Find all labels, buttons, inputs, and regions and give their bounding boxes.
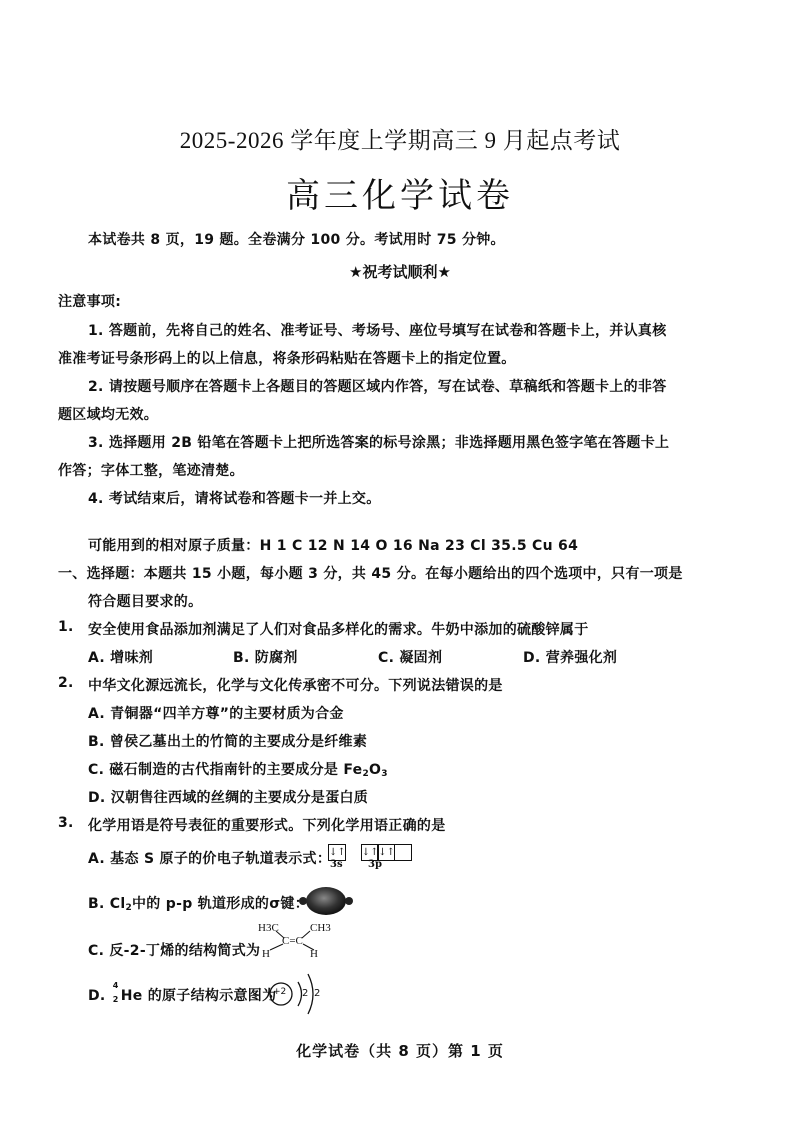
note-3-line2: 作答；字体工整，笔迹清楚。 xyxy=(58,460,244,480)
note-2-line1: 2. 请按题号顺序在答题卡上各题目的答题区域内作答，写在试卷、草稿纸和答题卡上的… xyxy=(88,376,667,396)
page-footer: 化学试卷（共 8 页）第 1 页 xyxy=(0,1040,800,1061)
q2-option-b[interactable]: B. 曾侯乙墓出土的竹简的主要成分是纤维素 xyxy=(88,731,367,751)
q3-number: 3. xyxy=(58,815,74,831)
exam-title: 2025-2026 学年度上学期高三 9 月起点考试 xyxy=(0,122,800,155)
q3-option-d-text: He 的原子结构示意图为 xyxy=(121,988,277,1004)
trans-2-butene-structure: H3C CH3 C=C H H xyxy=(258,922,338,962)
note-1-line2: 准准考证号条形码上的以上信息，将条形码粘贴在答题卡上的指定位置。 xyxy=(58,348,516,368)
orbital-diagram: ↓↑ ↓↑↓↑ 3s 3p xyxy=(328,842,408,876)
q1-option-d[interactable]: D. 营养强化剂 xyxy=(523,647,673,667)
q2-option-c-text: C. 磁石制造的古代指南针的主要成分是 Fe xyxy=(88,762,362,778)
q1-option-a[interactable]: A. 增味剂 xyxy=(88,647,233,667)
q2-option-a[interactable]: A. 青铜器“四羊方尊”的主要材质为合金 xyxy=(88,703,344,723)
o-subscript: 3 xyxy=(381,769,388,779)
q3-option-d-label: D. xyxy=(88,988,111,1004)
q1-option-c[interactable]: C. 凝固剂 xyxy=(378,647,523,667)
note-1-line1: 1. 答题前，先将自己的姓名、准考证号、考场号、座位号填写在试卷和答题卡上，并认… xyxy=(88,320,667,340)
shell-2-electrons: 2 xyxy=(314,988,320,999)
exam-summary: 本试卷共 8 页，19 题。全卷满分 100 分。考试用时 75 分钟。 xyxy=(88,229,505,249)
bond-lines xyxy=(258,922,338,962)
nucleus-charge: +2 xyxy=(273,987,286,997)
q3-option-a[interactable]: A. 基态 S 原子的价电子轨道表示式： xyxy=(88,848,331,868)
section1-heading-line2: 符合题目要求的。 xyxy=(88,591,202,611)
note-3-line1: 3. 选择题用 2B 铅笔在答题卡上把所选答案的标号涂黑；非选择题用黑色签字笔在… xyxy=(88,432,669,452)
orbital-3p-label: 3p xyxy=(368,859,382,870)
q3-stem: 化学用语是符号表征的重要形式。下列化学用语正确的是 xyxy=(88,815,446,835)
q3-option-b-prefix: B. Cl xyxy=(88,896,125,912)
orbital-3s-label: 3s xyxy=(330,859,343,870)
he-atom-structure-diagram: +2 2 2 xyxy=(268,970,328,1018)
blessing: ★祝考试顺利★ xyxy=(0,261,800,282)
q2-option-c[interactable]: C. 磁石制造的古代指南针的主要成分是 Fe2O3 xyxy=(88,759,388,779)
section1-heading-line1: 一、选择题：本题共 15 小题，每小题 3 分，共 45 分。在每小题给出的四个… xyxy=(58,563,683,583)
subject-title: 高三化学试卷 xyxy=(0,168,800,217)
q1-options: A. 增味剂 B. 防腐剂 C. 凝固剂 D. 营养强化剂 xyxy=(88,647,673,667)
q3-option-b-text: 中的 p-p 轨道形成的σ键： xyxy=(132,896,309,912)
q1-number: 1. xyxy=(58,619,74,635)
q3-option-c[interactable]: C. 反-2-丁烯的结构简式为 xyxy=(88,940,260,960)
q3-option-b[interactable]: B. Cl2中的 p-p 轨道形成的σ键： xyxy=(88,893,309,913)
q1-option-b[interactable]: B. 防腐剂 xyxy=(233,647,378,667)
note-4-line1: 4. 考试结束后，请将试卷和答题卡一并上交。 xyxy=(88,488,381,508)
q2-number: 2. xyxy=(58,675,74,691)
shell-1-electrons: 2 xyxy=(302,988,308,999)
nuclide-notation: 4 2 xyxy=(111,989,121,1003)
atomic-masses: 可能用到的相对原子质量：H 1 C 12 N 14 O 16 Na 23 Cl … xyxy=(88,535,578,555)
mass-number: 4 xyxy=(113,981,119,990)
q2-option-d[interactable]: D. 汉朝售往西域的丝绸的主要成分是蛋白质 xyxy=(88,787,368,807)
note-2-line2: 题区域均无效。 xyxy=(58,404,158,424)
atomic-number: 2 xyxy=(113,995,119,1004)
oxygen-symbol: O xyxy=(369,762,381,778)
notes-heading: 注意事项: xyxy=(58,291,121,311)
orbital-3p-box-3 xyxy=(394,844,412,861)
q3-option-d[interactable]: D. 4 2 He 的原子结构示意图为 xyxy=(88,985,276,1005)
q1-stem: 安全使用食品添加剂满足了人们对食品多样化的需求。牛奶中添加的硫酸锌属于 xyxy=(88,619,589,639)
q2-stem: 中华文化源远流长，化学与文化传承密不可分。下列说法错误的是 xyxy=(88,675,503,695)
sigma-bond-orbital-icon xyxy=(298,885,354,921)
